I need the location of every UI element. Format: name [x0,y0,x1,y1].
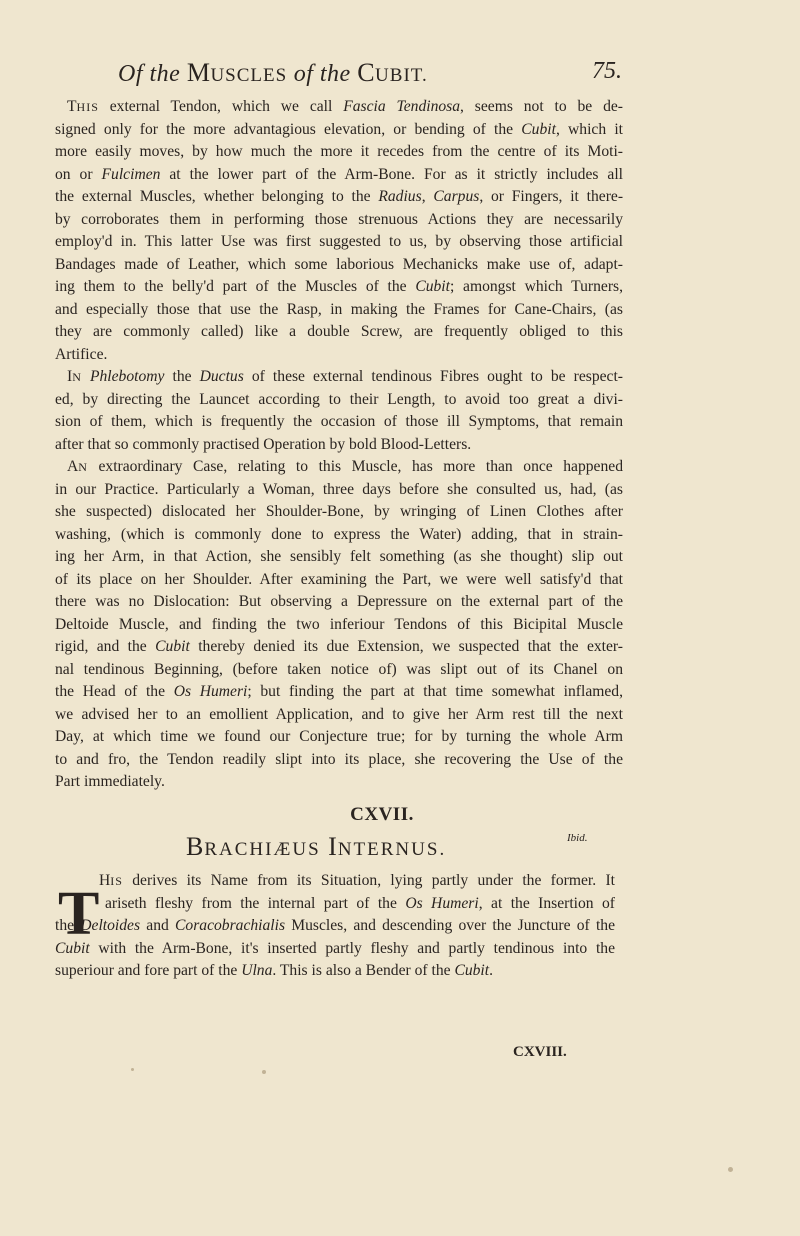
text-line: Deltoide Muscle, and finding the two inf… [55,614,623,637]
catchword: CXVIII. [513,1044,567,1061]
text-line: of its place on her Shoulder. After exam… [55,569,623,592]
text-line: there was no Dislocation: But observing … [55,591,623,614]
text-line: ing her Arm, in that Action, she sensibl… [55,546,623,569]
text-line: Bandages made of Leather, which some lab… [55,254,623,277]
running-head-part: C [357,58,375,87]
text-line: after that so commonly practised Operati… [55,434,623,457]
paragraph-1: THIS external Tendon, which we call Fasc… [55,96,623,794]
running-head-part: USCLES [210,65,287,86]
text-line: by corroborates them in performing those… [55,209,623,232]
text-line: the external Muscles, whether belonging … [55,186,623,209]
running-head-part: Of the [118,61,180,87]
running-head: Of the MUSCLES of the CUBIT. [118,58,630,88]
text-line: Artifice. [55,344,623,367]
text-line: on or Fulcimen at the lower part of the … [55,164,623,187]
text-line: ed, by directing the Launcet according t… [55,389,623,412]
text-line: to and fro, the Tendon readily slipt int… [55,749,623,772]
text-line: Part immediately. [55,771,623,794]
text-line: THIS external Tendon, which we call Fasc… [55,96,623,119]
text-line: ariseth fleshy from the internal part of… [55,893,615,916]
paper-spot [728,1167,733,1172]
text-line: the Deltoides and Coracobrachialis Muscl… [55,915,615,938]
text-line: HIS derives its Name from its Situation,… [55,870,615,893]
text-line: employ'd in. This latter Use was first s… [55,231,623,254]
text-line: she suspected) dislocated her Shoulder-B… [55,501,623,524]
paper-spot [262,1070,266,1074]
page-number: 75. [592,58,622,85]
text-line: AN extraordinary Case, relating to this … [55,456,623,479]
margin-note: Ibid. [567,832,587,844]
book-page: Of the MUSCLES of the CUBIT. 75. THIS ex… [0,0,800,1236]
running-head-part: M [187,58,211,87]
text-line: ing them to the belly'd part of the Musc… [55,276,623,299]
section-title: BRACHIÆUS INTERNUS. [186,832,446,862]
running-head-part: of the [294,61,351,87]
running-head-part: UBIT. [375,65,428,86]
text-line: washing, (which is commonly done to expr… [55,524,623,547]
text-line: the Head of the Os Humeri; but finding t… [55,681,623,704]
paper-spot [131,1068,134,1071]
text-line: nal tendinous Beginning, (before taken n… [55,659,623,682]
section-number: CXVII. [0,804,800,826]
text-line: superiour and fore part of the Ulna. Thi… [55,960,615,983]
text-line: signed only for the more advantagious el… [55,119,623,142]
text-line: we advised her to an emollient Applicati… [55,704,623,727]
text-line: IN Phlebotomy the Ductus of these extern… [55,366,623,389]
text-line: they are commonly called) like a double … [55,321,623,344]
section-paragraph: HIS derives its Name from its Situation,… [55,870,615,983]
text-line: in our Practice. Particularly a Woman, t… [55,479,623,502]
text-line: and especially those that use the Rasp, … [55,299,623,322]
text-line: rigid, and the Cubit thereby denied its … [55,636,623,659]
text-line: more easily moves, by how much the more … [55,141,623,164]
text-line: Cubit with the Arm-Bone, it's inserted p… [55,938,615,961]
text-line: Day, at which time we found our Conjectu… [55,726,623,749]
text-line: sion of them, which is frequently the oc… [55,411,623,434]
